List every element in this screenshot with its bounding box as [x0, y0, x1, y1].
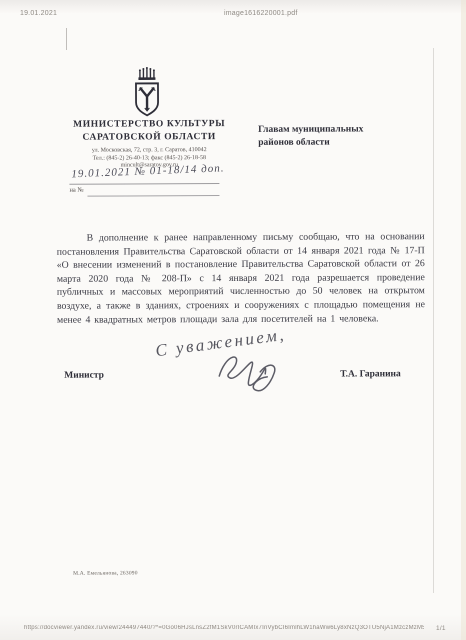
- addressee-block: Главам муниципальных районов области: [258, 123, 428, 150]
- addressee-line2: районов области: [258, 136, 428, 150]
- org-name-line1: МИНИСТЕРСТВО КУЛЬТУРЫ: [39, 118, 259, 131]
- letter-body-paragraph: В дополнение к ранее направленному письм…: [57, 230, 425, 327]
- signer-title: Министр: [64, 371, 104, 381]
- scanned-letter: МИНИСТЕРСТВО КУЛЬТУРЫ САРАТОВСКОЙ ОБЛАСТ…: [0, 0, 466, 640]
- addressee-line1: Главам муниципальных: [258, 123, 428, 137]
- incoming-ref-label: на №: [69, 187, 83, 194]
- coat-of-arms-icon: [127, 66, 167, 120]
- incoming-ref-underline: [87, 195, 219, 197]
- signer-name: Т.А. Гаранина: [340, 369, 401, 379]
- org-name: МИНИСТЕРСТВО КУЛЬТУРЫ САРАТОВСКОЙ ОБЛАСТ…: [39, 118, 259, 144]
- print-header-date: 19.01.2021: [20, 10, 57, 17]
- signature-icon: [205, 348, 315, 396]
- print-footer-page-indicator: 1/1: [436, 625, 446, 632]
- outgoing-ref-underline: [69, 183, 219, 185]
- print-header-filename: image1616220001.pdf: [224, 10, 297, 17]
- executor-line: М.А. Емельянова, 263090: [73, 570, 138, 576]
- org-name-line2: САРАТОВСКОЙ ОБЛАСТИ: [39, 130, 259, 143]
- print-footer-url: https://docviewer.yandex.ru/view/2444974…: [24, 625, 424, 631]
